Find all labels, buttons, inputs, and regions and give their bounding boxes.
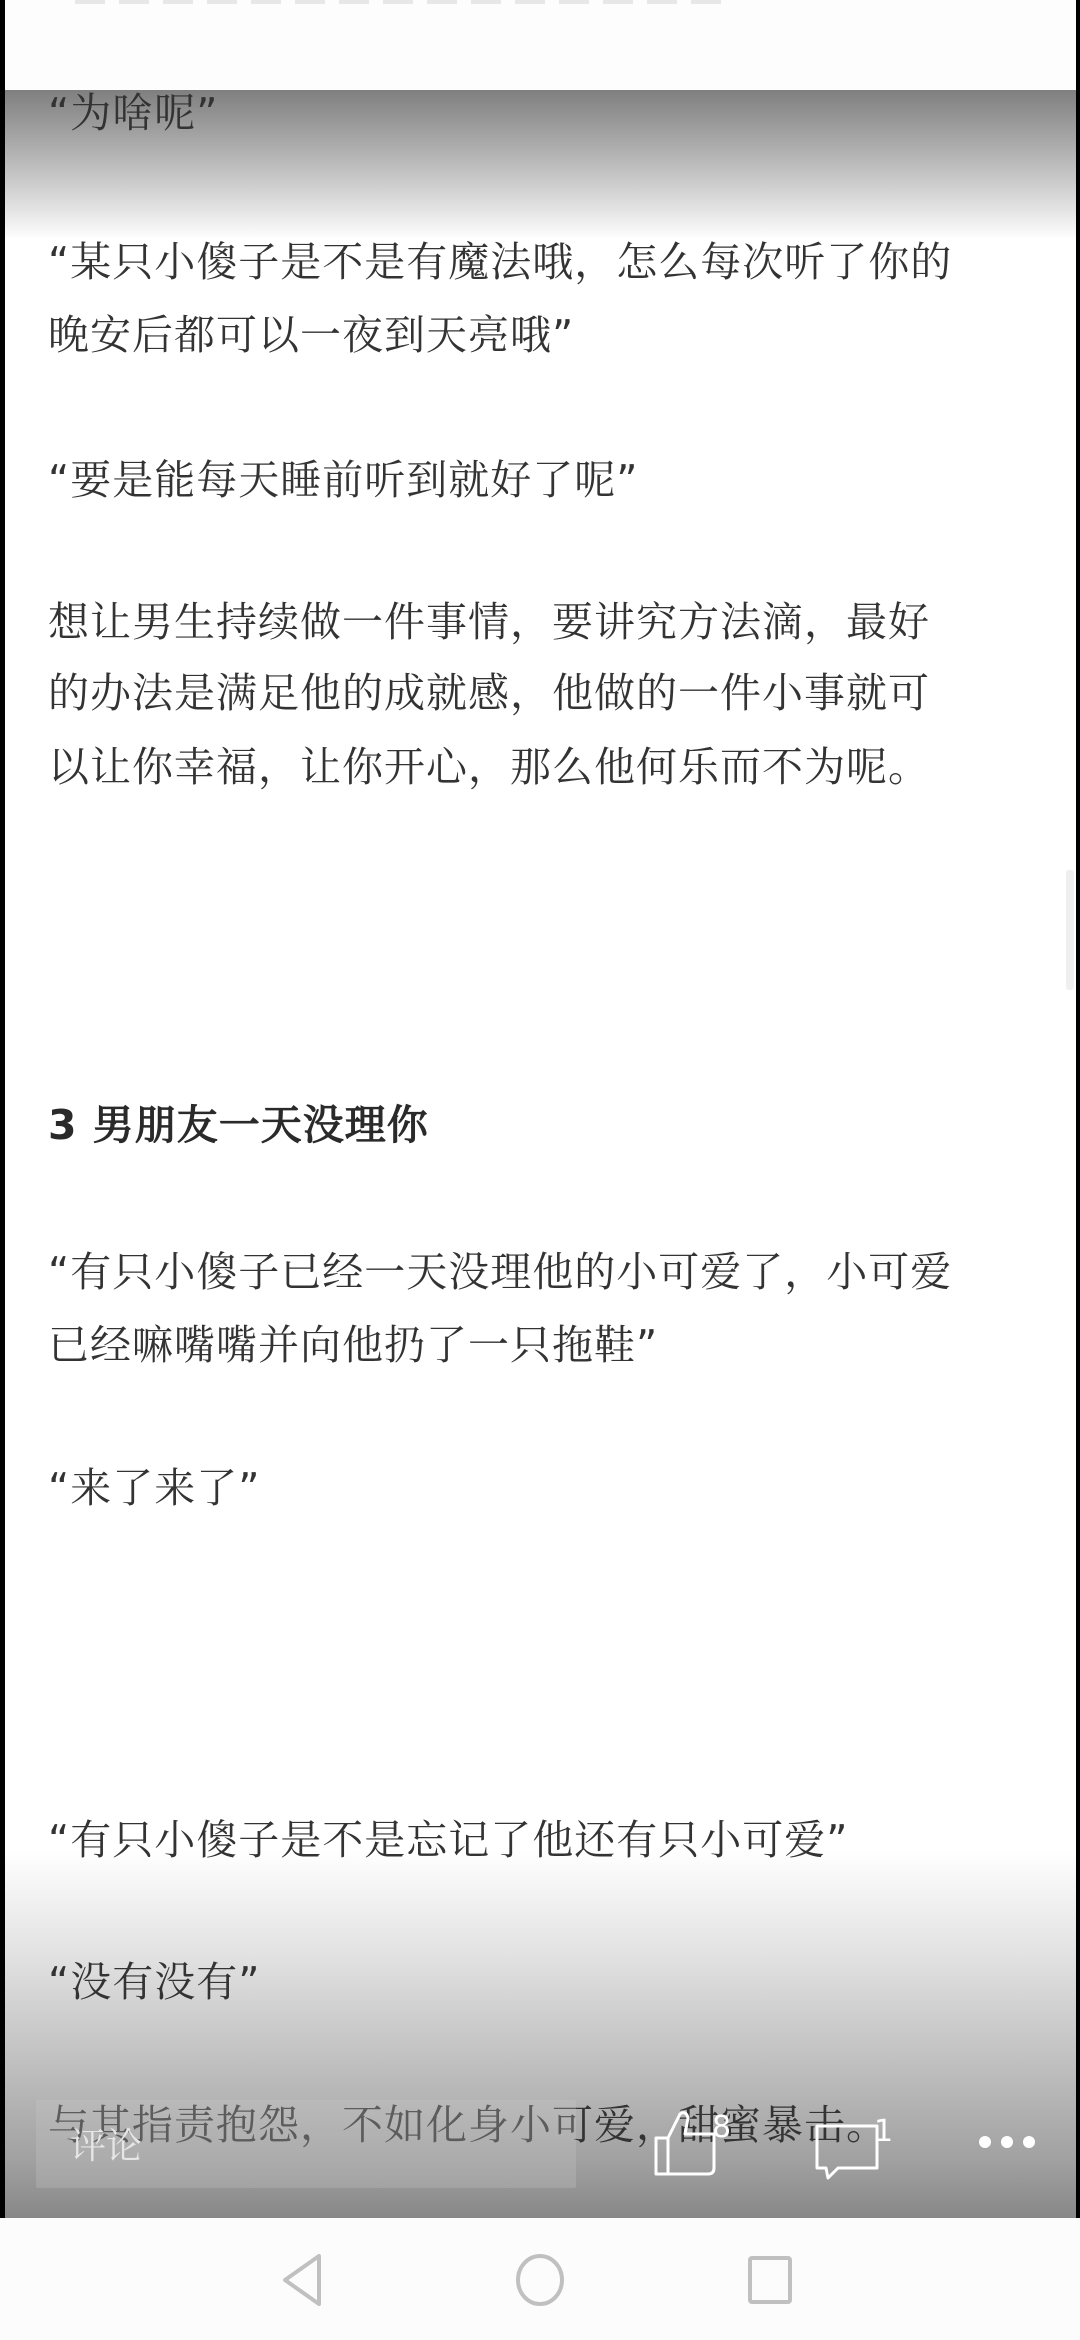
- action-bar: 评论 8 1: [0, 2090, 1080, 2200]
- article-text-line: 想让男生持续做一件事情，要讲究方法滴，最好: [48, 597, 930, 647]
- article-text-line: “某只小傻子是不是有魔法哦，怎么每次听了你的: [48, 237, 952, 287]
- article-text-line: 以让你幸福，让你开心，那么他何乐而不为呢。: [48, 742, 930, 792]
- more-dots-icon: [979, 2136, 991, 2148]
- nav-home-button[interactable]: [508, 2248, 572, 2312]
- article-text-line: “要是能每天睡前听到就好了呢”: [48, 455, 638, 505]
- right-border: [1076, 0, 1080, 2218]
- like-count: 8: [712, 2110, 731, 2145]
- article-text-line: “有只小傻子是不是忘记了他还有只小可爱”: [48, 1815, 848, 1865]
- recent-apps-square-icon: [738, 2248, 802, 2312]
- article-text-line: 的办法是满足他的成就感，他做的一件小事就可: [48, 668, 930, 718]
- comment-button[interactable]: 1: [812, 2120, 902, 2190]
- nav-back-button[interactable]: [275, 2248, 339, 2312]
- section-heading: 3 男朋友一天没理你: [48, 1100, 429, 1150]
- article-text-line: 晚安后都可以一夜到天亮哦”: [48, 310, 574, 360]
- article-text-line: “来了来了”: [48, 1463, 260, 1513]
- article-text-line: “有只小傻子已经一天没理他的小可爱了，小可爱: [48, 1247, 952, 1297]
- top-cutoff-strip: [5, 0, 1076, 90]
- nav-recent-apps-button[interactable]: [738, 2248, 802, 2312]
- article-text-line: “为啥呢”: [48, 88, 218, 138]
- article-text-line: “没有没有”: [48, 1957, 260, 2007]
- cutoff-text-line: [75, 0, 735, 4]
- comment-input[interactable]: 评论: [36, 2100, 576, 2188]
- back-triangle-icon: [275, 2248, 339, 2312]
- more-dots-icon: [1001, 2136, 1013, 2148]
- speech-bubble-icon: [812, 2120, 882, 2190]
- comment-count: 1: [874, 2114, 893, 2149]
- comment-placeholder: 评论: [70, 2118, 142, 2169]
- left-border: [0, 0, 5, 2218]
- home-circle-icon: [508, 2248, 572, 2312]
- article-screen[interactable]: “为啥呢”“某只小傻子是不是有魔法哦，怎么每次听了你的晚安后都可以一夜到天亮哦”…: [0, 0, 1080, 2218]
- system-navigation-bar: [0, 2218, 1080, 2340]
- article-text-line: 已经嘛嘴嘴并向他扔了一只拖鞋”: [48, 1320, 658, 1370]
- like-button[interactable]: 8: [652, 2108, 742, 2178]
- scrollbar[interactable]: [1066, 870, 1074, 990]
- more-dots-icon: [1023, 2136, 1035, 2148]
- more-button[interactable]: [975, 2130, 1045, 2154]
